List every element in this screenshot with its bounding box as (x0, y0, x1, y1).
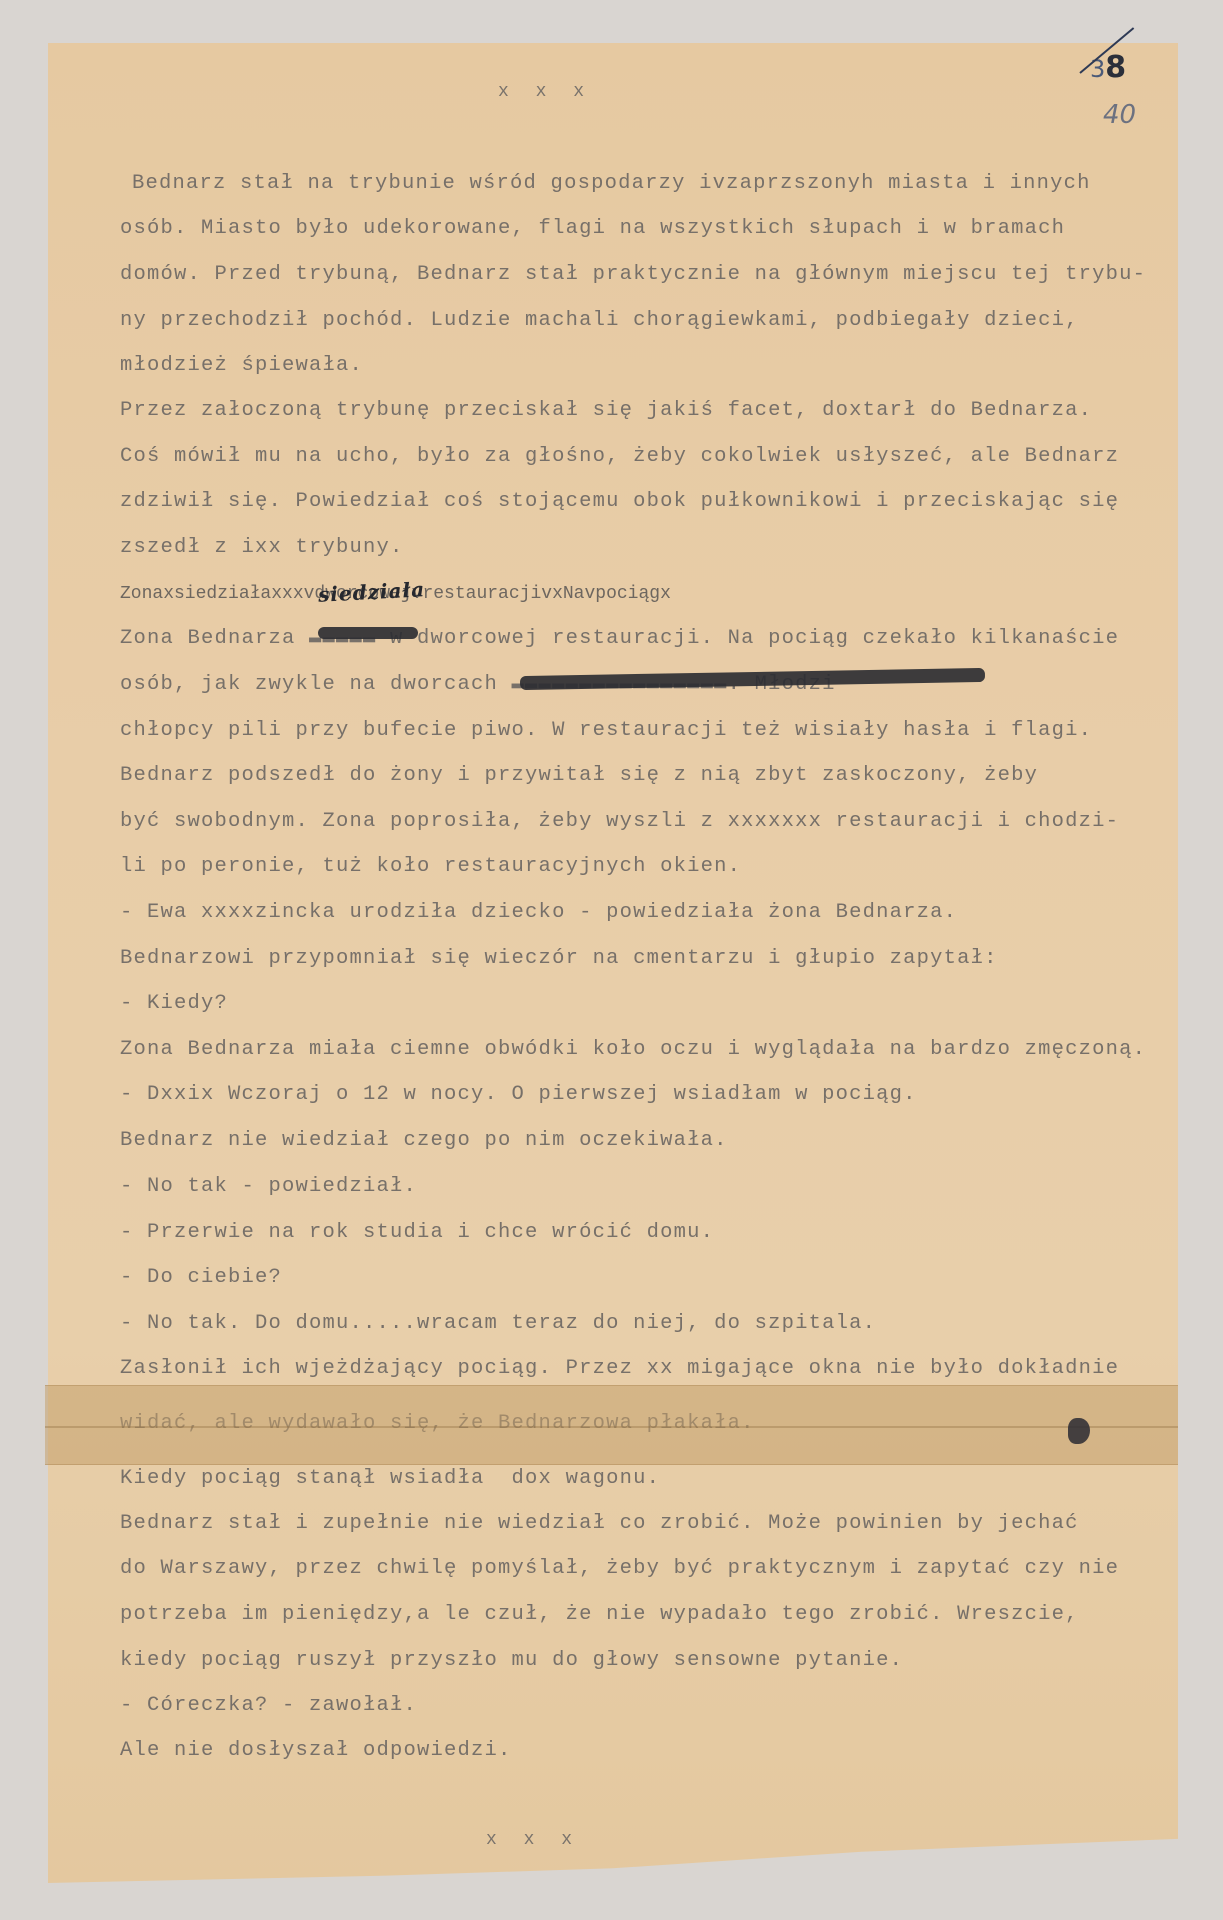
text-line: Ale nie dosłyszał odpowiedzi. (120, 1739, 512, 1763)
text-line: - Kiedy? (120, 992, 228, 1016)
text-line: - No tak - powiedział. (120, 1175, 417, 1199)
text-line: Zona Bednarza miała ciemne obwódki koło … (120, 1038, 1146, 1062)
adhesive-tape-strip (45, 1385, 1178, 1465)
text-line: Bednarz stał i zupełnie nie wiedział co … (120, 1512, 1079, 1536)
text-line: Bednarz stał na trybunie wśród gospodarz… (132, 172, 1091, 196)
ink-strike-word (318, 627, 418, 639)
text-line: osób. Miasto było udekorowane, flagi na … (120, 217, 1065, 241)
text-line: Kiedy pociąg stanął wsiadła dox wagonu. (120, 1467, 660, 1491)
text-line: do Warszawy, przez chwilę pomyślał, żeby… (120, 1557, 1119, 1581)
text-line: Bednarz nie wiedział czego po nim oczeki… (120, 1129, 728, 1153)
text-line: - Przerwie na rok studia i chce wrócić d… (120, 1221, 714, 1245)
text-line: potrzeba im pieniędzy,a le czuł, że nie … (120, 1603, 1079, 1627)
text-line: - Córeczka? - zawołał. (120, 1694, 417, 1718)
text-line: Coś mówił mu na ucho, było za głośno, że… (120, 445, 1119, 469)
text-line: zdziwił się. Powiedział coś stojącemu ob… (120, 490, 1119, 514)
text-line: zszedł z ixx trybuny. (120, 536, 404, 560)
text-line: - Do ciebie? (120, 1266, 282, 1290)
page-number-handwritten: 40 (1103, 100, 1136, 130)
text-line: być swobodnym. Zona poprosiła, żeby wysz… (120, 810, 1119, 834)
text-line: Bednarz podszedł do żony i przywitał się… (120, 764, 1038, 788)
text-line: - Ewa xxxxzincka urodziła dziecko - powi… (120, 901, 957, 925)
text-line: młodzież śpiewała. (120, 354, 363, 378)
text-line: ny przechodził pochód. Ludzie machali ch… (120, 309, 1079, 333)
text-line: Przez załoczoną trybunę przeciskał się j… (120, 399, 1092, 423)
text-line: chłopcy pili przy bufecie piwo. W restau… (120, 719, 1092, 743)
page-number-original: 38 (1090, 50, 1126, 85)
text-line: - Dxxix Wczoraj o 12 w nocy. O pierwszej… (120, 1083, 917, 1107)
header-section-mark: x x x (498, 82, 592, 102)
text-line: Zasłonił ich wjeżdżający pociąg. Przez x… (120, 1357, 1119, 1381)
text-line: Zona Bednarza ▬▬▬▬▬ w dworcowej restaura… (120, 627, 1119, 651)
text-line: - No tak. Do domu.....wracam teraz do ni… (120, 1312, 876, 1336)
text-line: li po peronie, tuż koło restauracyjnych … (120, 855, 741, 879)
footer-section-mark: x x x (486, 1830, 580, 1850)
text-line: kiedy pociąg ruszył przyszło mu do głowy… (120, 1649, 903, 1673)
text-line: Bednarzowi przypomniał się wieczór na cm… (120, 947, 998, 971)
text-line: domów. Przed trybuną, Bednarz stał prakt… (120, 263, 1146, 287)
